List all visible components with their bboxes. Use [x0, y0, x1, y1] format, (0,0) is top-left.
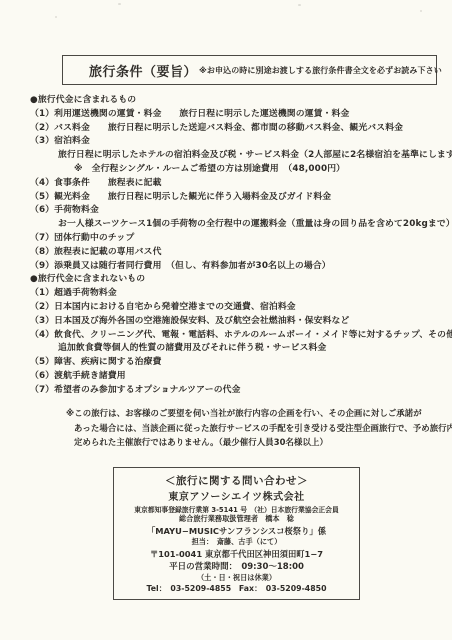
- list-item: （1）超過手荷物料金: [30, 287, 438, 301]
- tour-type-note: ※この旅行は、お客様のご要望を伺い当社が旅行内容の企画を行い、その企画に対しご承…: [66, 406, 438, 450]
- list-item: （8）旅程表に記載の専用バス代: [30, 246, 438, 260]
- list-item: （6）渡航手続き諸費用: [30, 370, 438, 384]
- list-item: （5）観光料金 旅行日程に明示した観光に伴う入場料金及びガイド料金: [30, 191, 438, 205]
- conditions-list: ●旅行代金に含まれるもの （1）利用運送機関の運賃・料金 旅行日程に明示した運送…: [30, 94, 438, 398]
- registration-number: 東京都知事登録旅行業第 3-5141 号 （社）日本旅行業協会正会員: [134, 504, 339, 514]
- list-item: 旅行日程に明示したホテルの宿泊料金及び税・サービス料金（2人部屋に2名様宿泊を基…: [30, 149, 438, 163]
- program-desk-name: 「MAYU−MUSICサンフランシスコ桜祭り」係: [147, 525, 326, 537]
- contact-heading: ＜旅行に関する問い合わせ＞: [165, 473, 308, 488]
- list-item: （9）添乗員又は随行者同行費用 （但し、有料参加者が30名以上の場合）: [30, 260, 438, 274]
- scan-speck: [118, 3, 121, 5]
- included-section-heading: ●旅行代金に含まれるもの: [30, 94, 438, 108]
- holiday-note: （土・日・祝日は休業）: [197, 573, 276, 583]
- list-item: （4）食事条件 旅程表に記載: [30, 177, 438, 191]
- travel-conditions-title-box: 旅行条件（要旨） ※お申込の時に別途お渡しする旅行条件書全文を必ずお読み下さい: [62, 55, 437, 85]
- page-title-note: ※お申込の時に別途お渡しする旅行条件書全文を必ずお読み下さい: [199, 65, 442, 76]
- not-included-section-heading: ●旅行代金に含まれないもの: [30, 273, 438, 287]
- scan-speck: [298, 4, 301, 6]
- list-item: （2）日本国内における自宅から発着空港までの交通費、宿泊料金: [30, 301, 438, 315]
- note-line: あった場合には、当該企画に従った旅行サービスの手配を引き受ける受注型企画旅行で、…: [66, 421, 438, 436]
- scan-speck: [55, 16, 57, 18]
- scanned-document-page: 旅行条件（要旨） ※お申込の時に別途お渡しする旅行条件書全文を必ずお読み下さい …: [0, 0, 452, 640]
- note-line: ※この旅行は、お客様のご要望を伺い当社が旅行内容の企画を行い、その企画に対しご承…: [66, 406, 438, 421]
- tel-fax-numbers: Tel： 03-5209-4855 Fax： 03-5209-4850: [146, 583, 326, 594]
- list-item: 追加飲食費等個人的性質の諸費用及びそれに伴う税・サービス料金: [30, 342, 438, 356]
- note-line: 定められた主催旅行ではありません。（最少催行人員30名様以上）: [66, 435, 438, 450]
- list-item: （4）飲食代、クリーニング代、電報・電話料、ホテルのルームボーイ・メイド等に対す…: [30, 329, 438, 343]
- list-item: （3）宿泊料金: [30, 135, 438, 149]
- list-item: （7）希望者のみ参加するオプショナルツアーの代金: [30, 384, 438, 398]
- company-name: 東京アソーシエイツ株式会社: [168, 488, 304, 503]
- list-item: （2）バス料金 旅行日程に明示した送迎バス料金、都市間の移動バス料金、観光バス料…: [30, 122, 438, 136]
- list-item: （6）手荷物料金: [30, 204, 438, 218]
- staff-in-charge: 担当： 斎藤、古手（にて）: [192, 537, 282, 547]
- business-hours: 平日の営業時間： 09:30〜18:00: [169, 560, 304, 572]
- list-item: （7）団体行動中のチップ: [30, 232, 438, 246]
- list-item: ※ 全行程シングル・ルームご希望の方は別途費用 （48,000円）: [30, 163, 438, 177]
- travel-manager: 総合旅行業務取扱管理者 橋本 稔: [179, 514, 294, 524]
- list-item: （3）日本国及び海外各国の空港施設保安料、及び航空会社燃油料・保安料など: [30, 315, 438, 329]
- list-item: お一人様スーツケース1個の手荷物の全行程中の運搬料金（重量は身の回り品を含めて2…: [30, 218, 438, 232]
- postal-address: 〒101-0041 東京都千代田区神田須田町1−7: [150, 548, 323, 560]
- contact-info-box: ＜旅行に関する問い合わせ＞ 東京アソーシエイツ株式会社 東京都知事登録旅行業第 …: [113, 467, 360, 600]
- page-title: 旅行条件（要旨）: [89, 61, 197, 80]
- list-item: （1）利用運送機関の運賃・料金 旅行日程に明示した運送機関の運賃・料金: [30, 108, 438, 122]
- scan-speck: [420, 10, 422, 12]
- list-item: （5）障害、疾病に関する治療費: [30, 356, 438, 370]
